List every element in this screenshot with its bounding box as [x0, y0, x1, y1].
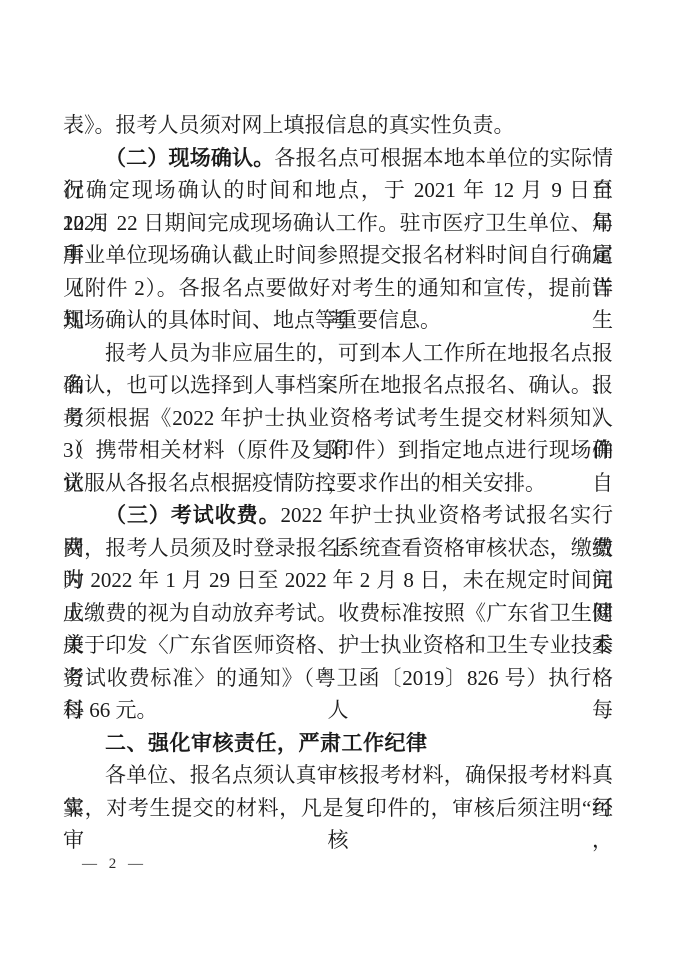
text-line: 行确定现场确认的时间和地点，于 2021 年 12 月 9 日至 2021 年 [63, 174, 613, 207]
document-page: 表》。报考人员须对网上填报信息的真实性负责。（二）现场确认。各报名点可根据本地本… [0, 0, 677, 953]
text-line: 确认，也可以选择到人事档案所在地报名点报名、确认。报考人 [63, 369, 613, 402]
document-body: 表》。报考人员须对网上填报信息的真实性负责。（二）现场确认。各报名点可根据本地本… [63, 109, 613, 824]
section-heading: 二、强化审核责任，严肃工作纪律 [105, 732, 428, 755]
text-line: （二）现场确认。各报名点可根据本地本单位的实际情况自 [63, 142, 613, 175]
text-line: 见附件 2）。各报名点要做好对考生的通知和宣传，提前告知考生 [63, 272, 613, 305]
text-line: 表》。报考人员须对网上填报信息的真实性负责。 [63, 109, 613, 142]
text-line: 报考人员为非应届生的，可到本人工作所在地报名点报名、 [63, 337, 613, 370]
text-line: 关于印发〈广东省医师资格、护士执业资格和卫生专业技术资格 [63, 629, 613, 662]
text-line: 各单位、报名点须认真审核报考材料，确保报考材料真实可 [63, 759, 613, 792]
body-text: 表》。报考人员须对网上填报信息的真实性负责。 [63, 113, 515, 137]
text-line: 二、强化审核责任，严肃工作纪律 [63, 727, 613, 760]
subsection-label: （三）考试收费。 [105, 503, 281, 527]
text-line: 靠，对考生提交的材料，凡是复印件的，审核后须注明“经审核， [63, 792, 613, 825]
text-line: 为 2022 年 1 月 29 日至 2022 年 2 月 8 日，未在规定时间… [63, 564, 613, 597]
text-line: （三）考试收费。2022 年护士执业资格考试报名实行网上缴 [63, 499, 613, 532]
body-text: 觉服从各报名点根据疫情防控要求作出的相关安排。 [63, 471, 546, 495]
text-line: 觉服从各报名点根据疫情防控要求作出的相关安排。 [63, 467, 613, 500]
subsection-label: （二）现场确认。 [105, 146, 274, 170]
text-line: 考试收费标准〉的通知》（粤卫函〔2019〕826 号）执行：每人每 [63, 662, 613, 695]
text-line: 员须根据《2022 年护士执业资格考试考生提交材料须知》（附件 [63, 402, 613, 435]
body-text: 现场确认的具体时间、地点等重要信息。 [63, 308, 441, 332]
text-line: 事业单位现场确认截止时间参照提交报名材料时间自行确定（详 [63, 239, 613, 272]
text-line: 上缴费的视为自动放弃考试。收费标准按照《广东省卫生健康委 [63, 597, 613, 630]
text-line: 3）携带相关材料（原件及复印件）到指定地点进行现场确认，自 [63, 434, 613, 467]
text-line: 费，报考人员须及时登录报名系统查看资格审核状态，缴费时间 [63, 532, 613, 565]
page-number: — 2 — [82, 856, 147, 873]
body-text: 靠，对考生提交的材料，凡是复印件的，审核后须注明“经审核， [63, 796, 613, 853]
text-line: 12 月 22 日期间完成现场确认工作。驻市医疗卫生单位、局所属 [63, 207, 613, 240]
body-text: 科 66 元。 [63, 698, 158, 722]
